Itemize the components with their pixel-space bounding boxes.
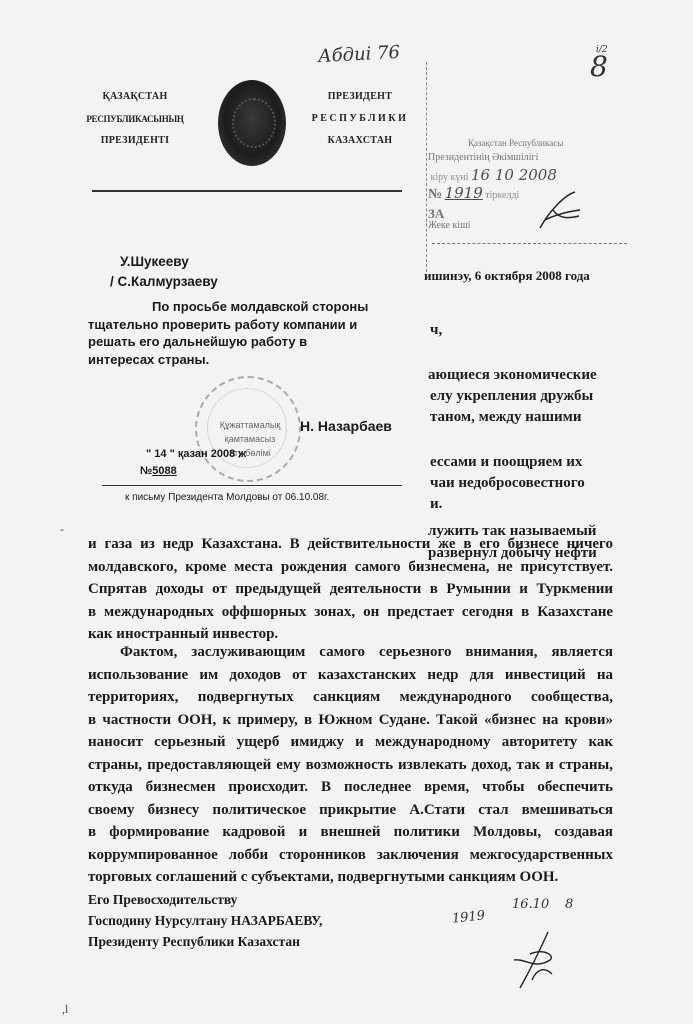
note-divider [102,485,402,486]
letterhead-kazakh: ҚАЗАҚСТАН РЕСПУБЛИКАСЫНЫҢ ПРЕЗИДЕНТІ [60,86,210,152]
stamp-border [426,62,427,272]
body-paragraph-1: и газа из недр Казахстана. В действитель… [88,533,613,646]
paragraph-2-line-4: в частности ООН, к примеру, в Южном Суда… [88,709,613,732]
stamp-date-handwritten: 16 10 2008 [471,166,557,184]
handwritten-bottom-number: 1919 [451,908,485,926]
paragraph-2-line-11: торговых соглашений с субъектами, подвер… [88,866,613,889]
document-page: ҚАЗАҚСТАН РЕСПУБЛИКАСЫНЫҢ ПРЕЗИДЕНТІ ПРЕ… [0,0,693,1024]
bottom-left-mark: ,l [62,1002,68,1017]
letterhead-right-line-1: ПРЕЗИДЕНТ [300,86,420,108]
letterhead-right-line-3: КАЗАХСТАН [300,130,420,152]
note-signature: Н. Назарбаев [300,418,392,434]
stamp-signature-icon [535,190,585,230]
note-recipient-2: / С.Калмурзаеву [110,274,218,289]
stamp-bottom-rule [432,243,627,244]
letterhead-divider [92,190,402,192]
addressee-line-2: Господину Нурсултану НАЗАРБАЕВУ, [88,910,322,931]
paragraph-1-line-2: молдавского, кроме места рождения самого… [88,556,613,579]
handwritten-note-top: Абдиі 76 [318,42,401,67]
letter-fragment-4: ессами и поощряем их [430,454,582,471]
addressee-block: Его Превосходительству Господину Нурсулт… [88,889,322,952]
note-date: " 14 " қазан 2008 ж [146,448,246,460]
stamp-line-1: Қазақстан Республикасы [468,138,563,148]
letter-dateline: ишинэу, 6 октября 2008 года [424,268,590,284]
note-body-line-1: По просьбе молдавской стороны [88,298,408,316]
addressee-line-3: Президенту Республики Казахстан [88,931,322,952]
letter-fragment-2: елу укрепления дружбы [430,388,593,405]
emblem-detail [232,98,276,148]
letterhead-right-line-2: РЕСПУБЛИКИ [300,108,420,130]
handwritten-bottom-date: 16.10 [512,897,549,912]
letter-fragment-1: ающиеся экономические [428,367,597,384]
note-reference: к письму Президента Молдовы от 06.10.08г… [125,492,329,503]
paragraph-2-line-10: коррумпированное лобби сторонников заклю… [88,844,613,867]
note-number: №5088 [140,465,177,477]
stamp-line-4: № 1919 тіркелді [428,184,519,203]
letterhead-left-line-1: ҚАЗАҚСТАН [60,86,210,108]
letterhead-left-line-2: РЕСПУБЛИКАСЫНЫҢ [60,108,210,130]
registration-stamp: Қазақстан Республикасы Президентінің Әкі… [428,140,628,250]
body-paragraph-2: Фактом, заслуживающим самого серьезного … [88,641,613,889]
letterhead-left-line-3: ПРЕЗИДЕНТІ [60,130,210,152]
addressee-line-1: Его Превосходительству [88,889,322,910]
paragraph-1-line-3: Спрятав доходы от предыдущей деятельност… [88,578,613,601]
letterhead-russian: ПРЕЗИДЕНТ РЕСПУБЛИКИ КАЗАХСТАН [300,86,420,152]
handwritten-corner-mark: 8 [590,50,608,83]
paragraph-1-line-4: в международных оффшорных зонах, он пред… [88,601,613,624]
paragraph-1-line-1: и газа из недр Казахстана. В действитель… [88,533,613,556]
paragraph-2-line-9: в формирование кадровой и внешней полити… [88,821,613,844]
stamp-line-6: Жеке кіші [428,220,471,231]
paragraph-2-line-5: наносит серьезный ущерб имиджу и междуна… [88,731,613,754]
paragraph-2-line-8: своему бизнесу политическое прикрытие А.… [88,799,613,822]
stamp-line-3: кіру күні 16.10.2008 кіру күні 16 10 200… [428,166,557,184]
note-body-line-4: интересах страны. [88,351,408,369]
stamp-number-handwritten: 1919 [445,184,483,202]
note-body-line-2: тщательно проверить работу компании и [88,316,408,334]
paragraph-2-line-7: откуда бизнесмен происходит. В последнее… [88,776,613,799]
letter-fragment-3: таном, между нашими [430,409,582,426]
letter-fragment-6: и. [430,496,442,513]
handwritten-bottom-suffix: 8 [565,897,573,912]
note-body-line-3: решать его дальнейшую работу в [88,333,408,351]
note-body: По просьбе молдавской стороны тщательно … [88,298,408,368]
paragraph-2-line-1: Фактом, заслуживающим самого серьезного … [88,641,613,664]
paragraph-2-line-6: страны, предоставляющей ему возможность … [88,754,613,777]
note-recipient-1: У.Шукееву [120,254,189,269]
letter-fragment-5: чаи недобросовестного [430,475,585,492]
state-emblem-icon [218,80,286,166]
paragraph-2-line-3: территориях, подвергнутых санкциям между… [88,686,613,709]
stamp-line-2: Президентінің Әкімшілігі [428,152,538,163]
bottom-signature-icon [510,930,560,990]
left-margin-mark: - [60,522,64,537]
paragraph-2-line-2: использование им доходов от казахстански… [88,664,613,687]
letter-fragment-salutation: ч, [430,322,442,339]
